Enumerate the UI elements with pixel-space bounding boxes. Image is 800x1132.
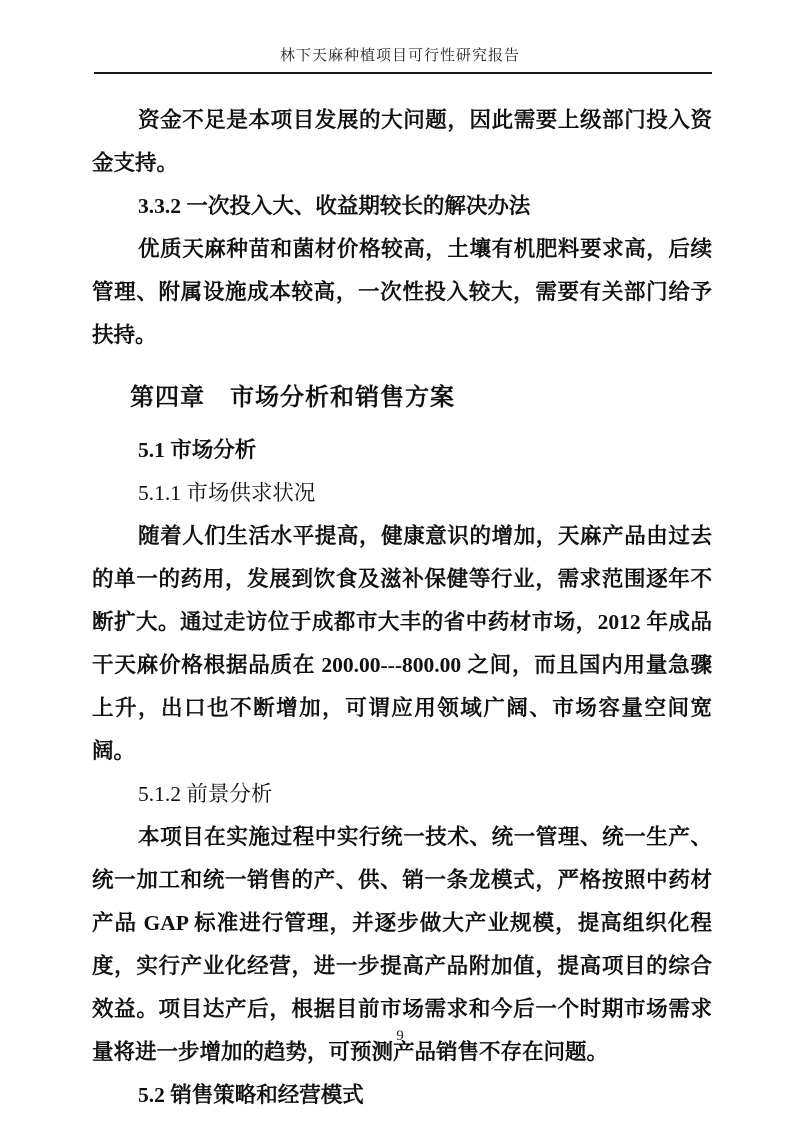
section-heading-5-2: 5.2 销售策略和经营模式 bbox=[92, 1074, 712, 1117]
section-heading-5-1: 5.1 市场分析 bbox=[92, 429, 712, 472]
heading-3-3-2: 3.3.2 一次投入大、收益期较长的解决办法 bbox=[92, 185, 712, 228]
document-body: 资金不足是本项目发展的大问题，因此需要上级部门投入资金支持。 3.3.2 一次投… bbox=[0, 74, 800, 1117]
subsection-heading-5-1-2: 5.1.2 前景分析 bbox=[92, 773, 712, 816]
page-number: 9 bbox=[396, 1028, 404, 1044]
paragraph-funding-shortage: 资金不足是本项目发展的大问题，因此需要上级部门投入资金支持。 bbox=[92, 99, 712, 185]
subsection-heading-5-1-1: 5.1.1 市场供求状况 bbox=[92, 472, 712, 515]
page-header: 林下天麻种植项目可行性研究报告 bbox=[0, 0, 800, 74]
header-title: 林下天麻种植项目可行性研究报告 bbox=[0, 46, 800, 66]
paragraph-market-supply-demand: 随着人们生活水平提高，健康意识的增加，天麻产品由过去的单一的药用，发展到饮食及滋… bbox=[92, 515, 712, 773]
page-footer: 9 bbox=[0, 1028, 800, 1045]
paragraph-high-cost: 优质天麻种苗和菌材价格较高，土壤有机肥料要求高，后续管理、附属设施成本较高，一次… bbox=[92, 228, 712, 357]
chapter-heading-4: 第四章 市场分析和销售方案 bbox=[92, 373, 712, 423]
document-page: 林下天麻种植项目可行性研究报告 资金不足是本项目发展的大问题，因此需要上级部门投… bbox=[0, 0, 800, 1132]
